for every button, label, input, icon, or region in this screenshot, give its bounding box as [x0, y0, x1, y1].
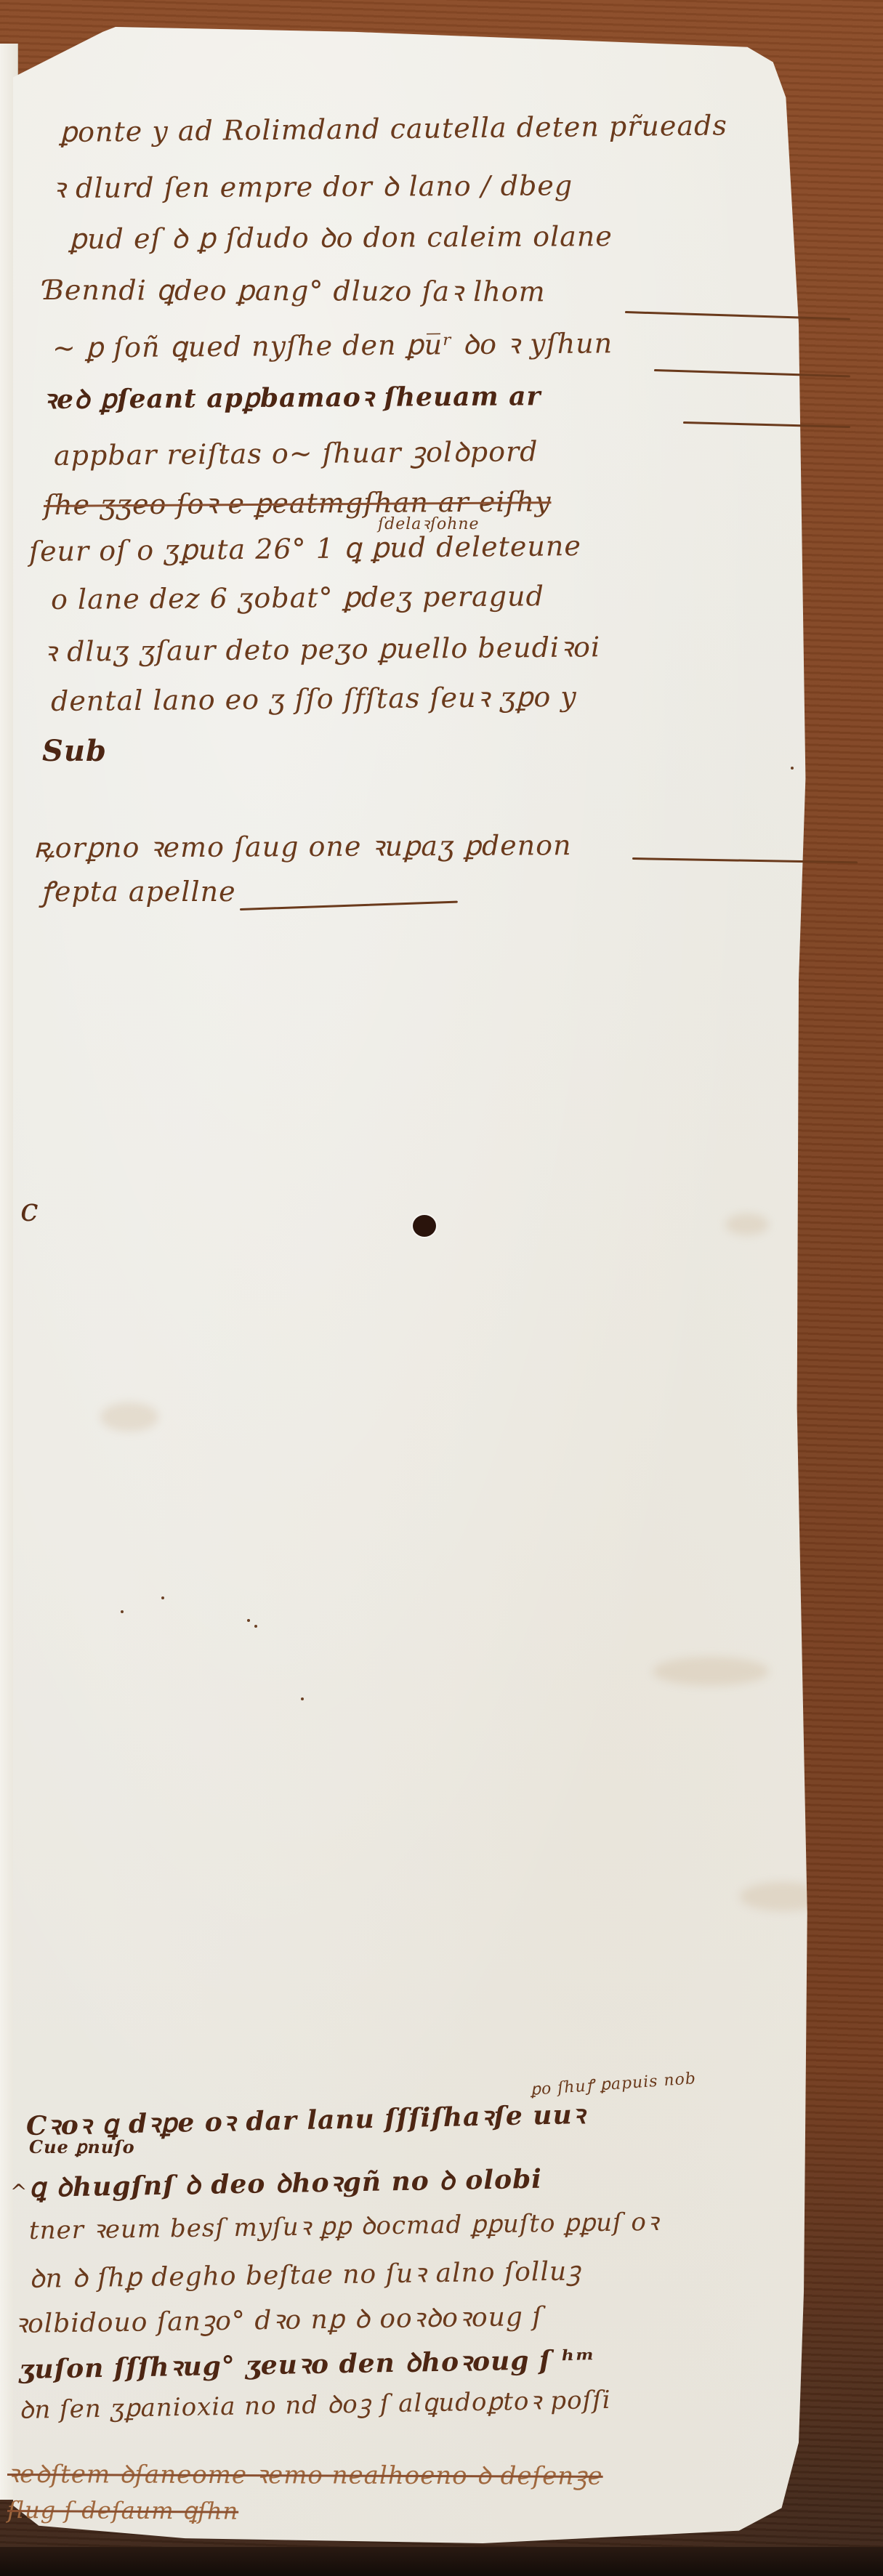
- text-line: ꝛ dluʒ ʒſaur deto peʒo ꝑuello beudiꝛoi: [44, 627, 601, 670]
- text-line-struck: ſlug ſ deſaum ꝗſhn: [7, 2496, 238, 2525]
- ink-fleck: [254, 1625, 257, 1628]
- ink-fleck: [161, 1596, 164, 1599]
- burn-hole: [413, 1215, 436, 1237]
- text-line: ſeur oſ o ʒꝑuta 26° 1 ꝗ ꝑud deleteune: [29, 530, 581, 568]
- text-line: Cue ꝑnuſo: [29, 2136, 135, 2157]
- stain: [653, 1657, 769, 1686]
- text-line: o lane dez 6 ʒobat° ꝑdeʒ peragud: [51, 580, 544, 615]
- stain: [740, 1882, 827, 1911]
- text-line: ~ ꝑ ſoñ ꝗued nyſhe den ꝑu̅ʳ ꝺo ꝛ yſhun: [52, 323, 613, 366]
- text-line: ꝛeꝺ ꝑſeant apꝑbamaoꝛ ſheuam ar: [44, 377, 541, 416]
- text-line-struck: ꝛeꝺſtem ꝺſaneome ꝛemo nealhoeno ꝺ deſenꝫ…: [7, 2456, 603, 2492]
- stain: [725, 1214, 769, 1235]
- text-line: dental lano eo ʒ ſſo ſfſtas ſeuꝛ ʒꝑo y: [51, 677, 577, 719]
- stain: [100, 1402, 158, 1432]
- caret-mark: ^: [10, 2180, 27, 2204]
- text-line: Ɓenndi ꝗdeo ꝑang° dluzo ſaꝛ lhom: [44, 270, 546, 310]
- ink-fleck: [791, 767, 794, 770]
- text-line: appbar reiſtas o~ ſhuar ꝫolꝺpord: [54, 432, 539, 474]
- table-edge-shadow: [0, 2547, 883, 2576]
- ink-fleck: [247, 1619, 250, 1622]
- margin-mark-c: c: [20, 1192, 39, 1229]
- text-line: ꝶorꝑno ꝛemo ſaug one ꝛuꝑaʒ ꝑdenon: [33, 825, 572, 866]
- text-line: ꝛ dlurd ſen empre dor ꝺ lano / dbeg: [52, 166, 573, 206]
- text-line: ꝭepta apellne: [41, 872, 236, 910]
- text-line: Sub: [42, 734, 107, 768]
- text-line: ꝛolbidouo ſanꝫo° dꝛo nꝑ ꝺ ooꝛꝺoꝛoug ſ: [15, 2298, 543, 2341]
- text-line: ꝑud eſ ꝺ ꝑ ſdudo ꝺo don caleim olane: [69, 217, 613, 257]
- ink-fleck: [121, 1610, 124, 1613]
- ink-fleck: [301, 1697, 304, 1700]
